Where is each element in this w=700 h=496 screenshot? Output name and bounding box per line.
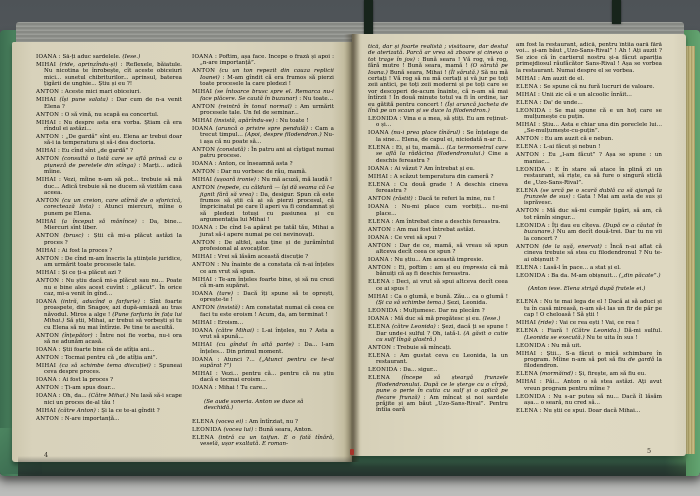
speaker-name: IOANA: [368, 257, 389, 263]
dialogue-line: ANTON (cu un ton repezit din cauza repli…: [192, 68, 334, 87]
dialogue-line: ELENA : Lasă-l în pace... a stat și el.: [516, 265, 662, 271]
speaker-name: ELENA: [516, 84, 538, 90]
speaker-name: ELENA: [516, 188, 538, 194]
dialogue-line: ELENA : Ei, și tu, mamă... (La termometr…: [368, 145, 508, 164]
dialogue-line: LEONIDA (vocea lui) : Bună seara, Anton.: [192, 427, 334, 433]
dialogue-line: IOANA : Ce vrei să spui ?: [368, 235, 508, 241]
dialogue-line: MIHAI : Unii zic că e un alcoolic înrăit…: [516, 92, 662, 98]
speaker-name: MIHAI: [36, 270, 56, 276]
dialogue-line: IOANA : Ai fost la proces ?: [36, 377, 182, 383]
speaker-name: ELENA: [516, 371, 538, 377]
speaker-name: ANTON: [36, 333, 59, 339]
dialogue-line: ANTON (brusc) : Știi că mi-a plăcut astă…: [36, 233, 182, 246]
dialogue-line: IOANA (către Mihai) : L-ai înțeles, nu ?…: [192, 328, 334, 341]
dialogue-line: IOANA : Să-ți aduc sardelele. (Iese.): [36, 54, 182, 60]
dialogue-line: ELENA : L-ai făcut și nebun !: [516, 144, 662, 150]
dialogue-line: LEONIDA : Mulțumesc. Dar nu plecăm ?: [368, 308, 508, 314]
dialogue-line: ELENA : Fiară ! (Către Leonida.) Dă-mi s…: [516, 328, 662, 341]
stage-direction: (Anton iese. Elena strigă după fratele e…: [516, 286, 662, 292]
dialogue-line: ANTON : Am mai fost întrebat astăzi.: [368, 227, 508, 233]
dialogue-line: ANTON (răstit) : Dacă te referi la mine,…: [368, 196, 508, 202]
speaker-name: MIHAI: [516, 379, 536, 385]
speaker-name: ELENA: [368, 375, 390, 381]
speaker-name: MIHAI: [36, 408, 56, 414]
speaker-name: ANTON: [192, 262, 215, 268]
dialogue-line: MIHAI : Și ce ți-a plăcut azi ?: [36, 270, 182, 276]
speaker-name: IOANA: [368, 204, 389, 210]
dialogue-line: MIHAI (își pune salata) : Dar cum de n-a…: [36, 97, 182, 110]
dialogue-line: MIHAI (ca să schimbe tema discuției) : S…: [36, 363, 182, 376]
dialogue-line: ANTON : Trebuie să mîncați.: [368, 345, 508, 351]
speaker-name: ANTON: [36, 256, 59, 262]
dialogue-line: IOANA : Nu-mi place cum vorbiți... nu-mi…: [368, 204, 508, 217]
dialogue-line: ANTON (de la ușă, enervat) : Încă n-ai a…: [516, 244, 662, 263]
dialogue-line: MIHAI (ușoară ironie) : Nu mă acuză, mă …: [192, 177, 334, 183]
dialogue-line: IOANA : De cînd l-a apărat pe tatăl tău,…: [192, 225, 334, 238]
speaker-name: MIHAI: [36, 120, 56, 126]
dialogue-line: MIHAI : Vezi... pentru că... pentru că n…: [192, 371, 334, 384]
dialogue-line: ELENA : Cu două grade ! A deschis cineva…: [368, 182, 508, 195]
speaker-name: MIHAI: [516, 122, 536, 128]
dialogue-line: MIHAI : Nu despre asta era vorba. Știam …: [36, 120, 182, 133]
speaker-name: IOANA: [192, 291, 213, 297]
speaker-name: MIHAI: [192, 118, 212, 124]
speaker-name: IOANA: [192, 385, 213, 391]
dialogue-line: IOANA (tare) : Dacă îți spune să te opre…: [192, 291, 334, 304]
dialogue-line: ANTON (repede, cu căldură — își dă seama…: [192, 185, 334, 223]
speaker-name: IOANA: [36, 54, 57, 60]
speaker-name: LEONIDA: [516, 167, 546, 173]
dialogue-line: MIHAI : Ca o glumă, e bună. Zău... ca o …: [368, 294, 508, 307]
speaker-name: ELENA: [516, 408, 538, 414]
speaker-name: ANTON: [516, 152, 539, 158]
dialogue-line: MIHAI (se întoarce brusc spre el. Remarc…: [192, 89, 334, 102]
speaker-name: ANTON: [192, 104, 215, 110]
dialogue-line: IOANA : Oh, da... (Către Mihai.) Nu lasă…: [36, 393, 182, 406]
dialogue-line: MIHAI : Știi... S-a făcut o mică schimba…: [516, 351, 662, 370]
dialogue-line: MIHAI (insistă, apărîndu-se) : Nu toate …: [192, 118, 334, 124]
speaker-name: ANTON: [516, 136, 539, 142]
dialogue-line: IOANA (intră, aducînd o farfurie) : Sînt…: [36, 299, 182, 331]
dialogue-line: MIHAI : Știu... Asta e chiar una din por…: [516, 122, 662, 135]
dialogue-line: ANTON : O să vină, nu scapă ea concertul…: [36, 112, 182, 118]
speaker-name: ELENA: [368, 219, 390, 225]
dialogue-line: ELENA : Da' de unde...: [516, 100, 662, 106]
speaker-name: ELENA: [516, 144, 538, 150]
speaker-name: ANTON: [368, 345, 391, 351]
dialogue-line: IOANA : Ai văzut ? Am întrebat și eu.: [368, 166, 508, 172]
dialogue-line: ANTON : Nu înainte de a constata că n-ai…: [192, 262, 334, 275]
speaker-name: ELENA: [368, 145, 390, 151]
speaker-name: MIHAI: [516, 92, 536, 98]
bookmark-ribbon-small: [612, 0, 621, 24]
dialogue-line: ELENA (mormăind) : Și, firește, am să fi…: [516, 371, 662, 377]
speaker-name: LEONIDA: [368, 116, 398, 122]
red-mark: [350, 449, 354, 455]
table-surface: [0, 474, 700, 496]
speaker-name: MIHAI: [516, 320, 536, 326]
dialogue-line: ANTON (înțepător) : Între noi fie vorba,…: [36, 333, 182, 346]
page-number-right: 5: [647, 447, 651, 455]
speaker-name: ANTON: [516, 208, 539, 214]
speaker-name: ANTON: [368, 196, 391, 202]
dialogue-line: ANTON : Aceste mici mari obiceiuri.: [36, 89, 182, 95]
speaker-name: ELENA: [192, 435, 214, 441]
speaker-name: MIHAI: [516, 351, 536, 357]
speaker-name: ANTON: [36, 112, 59, 118]
dialogue-line: ELENA : Nu te mai lega de el ! Dacă ai s…: [516, 299, 662, 318]
dialogue-line: LEONIDA : Îți dau eu cîteva. (După ce a …: [516, 223, 662, 242]
speaker-name: LEONIDA: [192, 427, 222, 433]
speaker-name: IOANA: [192, 328, 213, 334]
speaker-name: LEONIDA: [516, 223, 546, 229]
speaker-name: ANTON: [192, 68, 215, 74]
dialogue-line: MIHAI : Te-am înțeles foarte bine, și să…: [192, 277, 334, 290]
speaker-name: ANTON: [368, 265, 391, 271]
speaker-name: MIHAI: [36, 148, 56, 154]
book-gutter: [344, 34, 360, 462]
speaker-name: ELENA: [368, 353, 390, 359]
dialogue-line: ANTON : Tocmai pentru că „de atîția ani”…: [36, 355, 182, 361]
dialogue-line: MIHAI (ride, aprinzîndu-și) : Reflexele,…: [36, 62, 182, 88]
dialogue-line: LEONIDA : Se mai spune că e un hoț care …: [516, 108, 662, 121]
left-page-column-1: IOANA : Să-ți aduc sardelele. (Iese.)MIH…: [36, 54, 182, 426]
dialogue-line: ELENA : Am întrebat cine a deschis ferea…: [368, 219, 508, 225]
dialogue-line: IOANA : Mă duc să mă pregătesc și eu. (I…: [368, 316, 508, 322]
dialogue-line: LEONIDA : Nu mă uit.: [516, 343, 662, 349]
dialogue-line: ANTON : De cînd m-am înscris la științel…: [36, 256, 182, 269]
speaker-name: ANTON: [192, 240, 215, 246]
speaker-name: MIHAI: [368, 174, 388, 180]
dialogue-line: ELENA (se urcă pe o scară dublă ca să aj…: [516, 188, 662, 207]
dialogue-line: MIHAI : Vezi, mîine n-am să pot... trebu…: [36, 177, 182, 196]
speaker-name: ANTON: [36, 416, 59, 422]
speaker-name: ANTON: [192, 305, 215, 311]
speaker-name: MIHAI: [36, 248, 56, 254]
dialogue-line: IOANA : Nu știu... Am această impresie.: [368, 257, 508, 263]
dialogue-line: ELENA (vocea ei) : Am întîrziat, nu ?: [192, 419, 334, 425]
speaker-name: ANTON: [36, 385, 59, 391]
dialogue-line: MIHAI : Eu cînd sînt „de gardă” ?: [36, 148, 182, 154]
dialogue-line: ELENA (intră ca un taifun. E o fată tînă…: [192, 435, 334, 448]
dialogue-line: IOANA : Atunci ?... („Atunci pentru ce t…: [192, 357, 334, 370]
speaker-name: IOANA: [368, 130, 389, 136]
dialogue-line: ANTON : Eu am auzit că e nebun.: [516, 136, 662, 142]
dialogue-line: ANTON (consultă o listă care se află pri…: [36, 156, 182, 175]
dialogue-line: IOANA : Știi foarte bine că de atîția an…: [36, 347, 182, 353]
speaker-name: ANTON: [36, 355, 59, 361]
speaker-name: IOANA: [368, 166, 389, 172]
speaker-name: ANTON: [36, 134, 59, 140]
dialogue-line: MIHAI : Păi... Anton o să stea astăzi. A…: [516, 379, 662, 392]
speaker-name: LEONIDA: [368, 367, 398, 373]
speaker-name: IOANA: [36, 377, 57, 383]
speaker-name: ANTON: [192, 169, 215, 175]
dialogue-line: ELENA : Nu știi ce spui. Doar dacă Mihai…: [516, 408, 662, 414]
speaker-name: MIHAI: [192, 277, 212, 283]
speaker-name: ANTON: [192, 185, 215, 191]
dialogue-line: ELENA : Deci, ai vrut să spui altceva de…: [368, 279, 508, 292]
dialogue-line: LEONIDA : Vina e a mea, să știți. Eu am …: [368, 116, 508, 129]
speaker-name: ELENA: [192, 419, 214, 425]
speaker-name: IOANA: [36, 299, 57, 305]
dialogue-line: ANTON : Ți-am spus doar...: [36, 385, 182, 391]
speaker-name: MIHAI: [36, 62, 56, 68]
dialogue-line: IOANA (nu-i prea place tînărul) : Se înț…: [368, 130, 508, 143]
speaker-name: LEONIDA: [516, 108, 546, 114]
dialogue-line: MIHAI : Ai fost la proces ?: [36, 248, 182, 254]
speaker-name: MIHAI: [192, 320, 212, 326]
speaker-name: IOANA: [368, 316, 389, 322]
speaker-name: ELENA: [368, 182, 390, 188]
dialogue-line: LEONIDA : E în stare să atace în plină z…: [516, 167, 662, 186]
dialogue-line: ELENA (către Leonida) : Șezi, dacă ți se…: [368, 324, 508, 343]
dialogue-line: ELENA (începe să șteargă frunzele filode…: [368, 375, 508, 413]
speaker-name: IOANA: [192, 225, 213, 231]
speaker-name: MIHAI: [36, 97, 56, 103]
dialogue-line: IOANA : Poftim, așa face. Începe o frază…: [192, 54, 334, 67]
right-page-column-1: tică, dar și foarte realistă ; visătoare…: [368, 44, 508, 448]
speaker-name: IOANA: [192, 54, 213, 60]
dialogue-line: MIHAI (cu gîndul în altă parte) : Da... …: [192, 342, 334, 355]
speaker-name: IOANA: [368, 235, 389, 241]
speaker-name: ELENA: [516, 328, 538, 334]
speaker-name: ELENA: [516, 265, 538, 271]
speaker-name: MIHAI: [192, 177, 212, 183]
right-page-column-2: am fost la restaurant, adică, pentru înt…: [516, 42, 662, 450]
dialogue-line: tică, dar și foarte realistă ; visătoare…: [368, 44, 508, 114]
speaker-name: LEONIDA: [368, 308, 398, 314]
speaker-name: LEONIDA: [516, 343, 546, 349]
dialogue-line: IOANA : Anton, ce înseamnă asta ?: [192, 161, 334, 167]
dialogue-line: LEONIDA : Nu s-ar putea să nu... Dacă îl…: [516, 394, 662, 407]
speaker-name: ANTON: [36, 233, 59, 239]
speaker-name: LEONIDA: [516, 394, 546, 400]
dialogue-line: MIHAI : Eroism...: [192, 320, 334, 326]
dialogue-line: ANTON : Nu știu dacă mi-a plăcut sau nu.…: [36, 278, 182, 297]
speaker-name: MIHAI: [192, 89, 212, 95]
speaker-name: ELENA: [516, 299, 538, 305]
speaker-name: LEONIDA: [516, 273, 546, 279]
dialogue-line: MIHAI (a început să mănînce) : Da, bine.…: [36, 219, 182, 232]
speaker-name: MIHAI: [36, 219, 56, 225]
speaker-name: IOANA: [192, 126, 213, 132]
speaker-name: ELENA: [368, 279, 390, 285]
dialogue-line: LEONIDA : Da... sigur...: [368, 367, 508, 373]
dialogue-line: MIHAI (către Anton) : Și la ce te-ai gîn…: [36, 408, 182, 414]
dialogue-line: ANTON (cu un creion, care atîrnă de o sf…: [36, 198, 182, 217]
dialogue-line: ANTON : Ei, poftim : am și eu impresia c…: [368, 265, 508, 278]
speaker-name: MIHAI: [192, 371, 212, 377]
dialogue-line: ELENA : Am gustat ceva cu Leonida, la un…: [368, 353, 508, 366]
dialogue-line: ANTON (insistă) : Am constatat numai că …: [192, 305, 334, 318]
left-page-column-2: IOANA : Poftim, așa face. Începe o frază…: [192, 54, 334, 454]
speaker-name: ANTON: [516, 244, 539, 250]
speaker-name: MIHAI: [36, 177, 56, 183]
speaker-name: MIHAI: [192, 254, 212, 260]
speaker-name: ANTON: [368, 227, 391, 233]
dialogue-line: ANTON : Eu „l-am făcut” ? Așa se spune :…: [516, 152, 662, 165]
speaker-name: MIHAI: [192, 342, 212, 348]
book-bottom-shadow: [18, 456, 686, 476]
dialogue-line: ANTON : Dar nu vorbesc de rău, mamă.: [192, 169, 334, 175]
page-number-left: 4: [44, 451, 48, 459]
dialogue-line: MIHAI : A scăzut temperatura din cameră …: [368, 174, 508, 180]
dialogue-line: ANTON : „De gardă” sînt eu. Elena ar tre…: [36, 134, 182, 147]
dialogue-line: am fost la restaurant, adică, pentru înt…: [516, 42, 662, 74]
dialogue-line: MIHAI : Am auzit de el.: [516, 76, 662, 82]
speaker-name: ELENA: [516, 100, 538, 106]
stage-direction: (Se aude soneria. Anton se duce să desch…: [192, 399, 334, 412]
dialogue-line: ANTON : Dar de ce, mamă, să vreau să spu…: [368, 243, 508, 256]
dialogue-line: ANTON : De altfel, asta ține și de jurăm…: [192, 240, 334, 253]
speaker-name: MIHAI: [516, 76, 536, 82]
speaker-name: IOANA: [36, 393, 57, 399]
dialogue-line: ANTON : Mă duc să-mi cumpăr țigări, să a…: [516, 208, 662, 221]
book-photo: { "colors": { "background": "#575c60", "…: [0, 0, 700, 496]
dialogue-line: ELENA : Se spune că nu fură lucruri de v…: [516, 84, 662, 90]
dialogue-line: ANTON (reintră în tonul normal) : Am urm…: [192, 104, 334, 117]
dialogue-line: MIHAI (ride) : Vai ce rea ești ! Vai, ce…: [516, 320, 662, 326]
dialogue-line: ANTON (constată) : În patru ani ai cîști…: [192, 147, 334, 160]
speaker-name: ANTON: [36, 156, 59, 162]
dialogue-line: MIHAI : Vrei să lăsăm această discuție ?: [192, 254, 334, 260]
speaker-name: ANTON: [368, 243, 391, 249]
speaker-name: ANTON: [36, 278, 59, 284]
speaker-name: ELENA: [368, 324, 390, 330]
dialogue-line: IOANA (aruncă o privire spre pendulă) : …: [192, 126, 334, 145]
speaker-name: MIHAI: [368, 294, 388, 300]
speaker-name: IOANA: [36, 347, 57, 353]
dialogue-line: IOANA : Mihai ! Tu care...: [192, 385, 334, 391]
speaker-name: ANTON: [192, 147, 215, 153]
speaker-name: ANTON: [36, 89, 59, 95]
speaker-name: IOANA: [192, 161, 213, 167]
speaker-name: IOANA: [192, 357, 213, 363]
dialogue-line: ANTON : N-are importanță...: [36, 416, 182, 422]
dialogue-line: LEONIDA : Ba da. M-am obișnuit... („din …: [516, 273, 662, 279]
speaker-name: MIHAI: [36, 363, 56, 369]
